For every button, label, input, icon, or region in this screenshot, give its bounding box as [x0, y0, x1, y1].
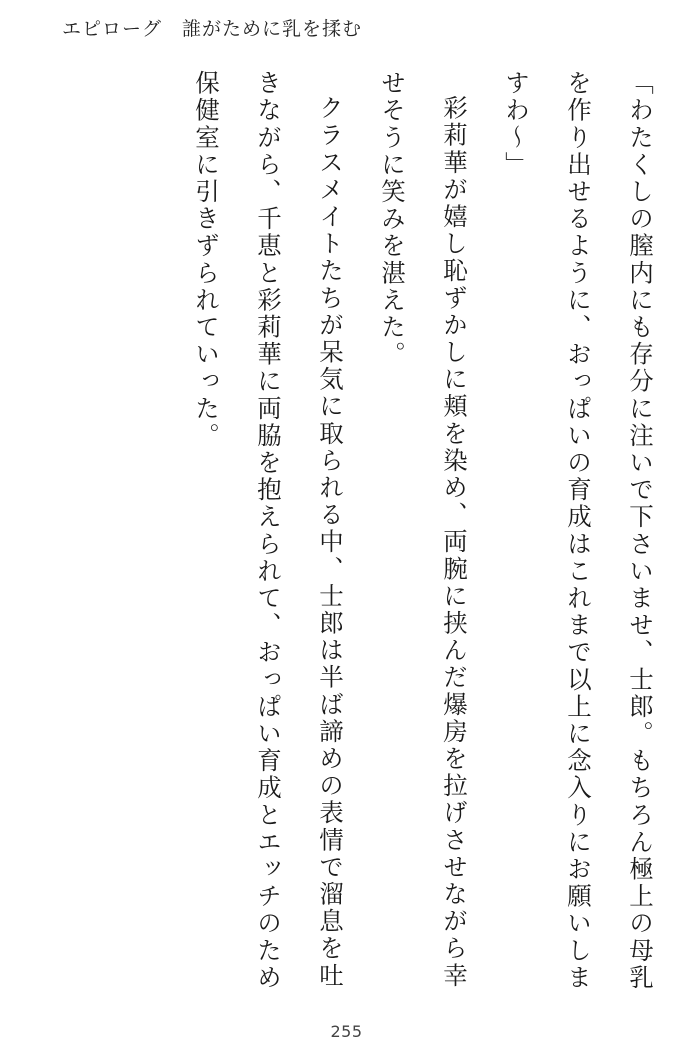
paragraph-dialogue: 「わたくしの膣内にも存分に注いで下さいませ、士郎。もちろん極上の母乳を作り出せる…: [485, 70, 671, 1000]
vertical-body-text: 「わたくしの膣内にも存分に注いで下さいませ、士郎。もちろん極上の母乳を作り出せる…: [175, 70, 671, 1000]
running-head: エピローグ誰がために乳を揉む: [62, 14, 362, 41]
chapter-label: エピローグ: [62, 18, 162, 40]
page-number: 255: [0, 1022, 693, 1041]
chapter-title: 誰がために乳を揉む: [182, 18, 362, 40]
paragraph-narration: 彩莉華が嬉し恥ずかしに頬を染め、両腕に挟んだ爆房を拉げさせながら幸せそうに笑みを…: [361, 70, 485, 1000]
paragraph-narration: クラスメイトたちが呆気に取られる中、士郎は半ば諦めの表情で溜息を吐きながら、千恵…: [175, 70, 361, 1000]
